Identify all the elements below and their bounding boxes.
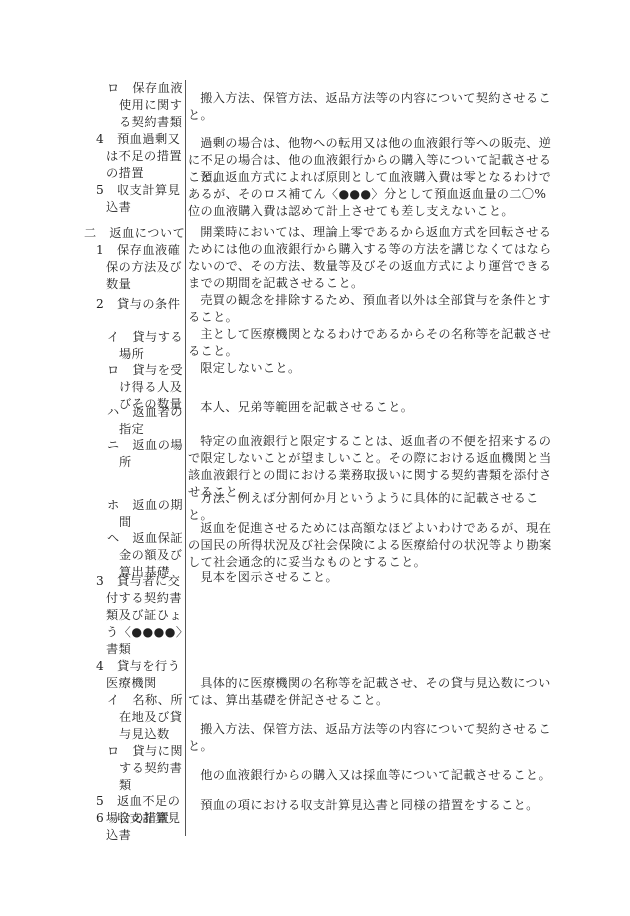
left-item-4-kajo: 4 預血過剰又 は不足の措置 の措置 — [96, 131, 182, 182]
desc-hannyu: 搬入方法、保管方法、返品方法等の内容について契約させること。 — [188, 721, 554, 755]
left-heading-henketsu: 二 返血について — [84, 225, 185, 242]
left-item-4-iryokikan: 4 貸与を行う 医療機関 — [96, 658, 180, 692]
left-item-i-basho: イ 貸与する 場所 — [107, 329, 183, 363]
desc-baibai: 売買の観念を排除するため、預血者以外は全部貸与を条件とすること。 — [188, 292, 554, 326]
left-item-1-hozon: 1 保存血液確 保の方法及び 数量 — [96, 242, 182, 293]
desc-loss-hoten: 預血返血方式によれば原則として血液購入費は零となるわけであるが、そのロス補てん〈… — [188, 169, 554, 220]
desc-hozon-keiyaku: 搬入方法、保管方法、返品方法等の内容について契約させること。 — [188, 90, 554, 124]
left-item-ha-shitei: ハ 返血者の 指定 — [107, 404, 183, 438]
left-item-i-meisho: イ 名称、所 在地及び貸 与見込数 — [107, 692, 183, 743]
desc-kaigyo: 開業時においては、理論上零であるから返血方式を回転させるためには他の血液銀行から… — [188, 224, 554, 292]
desc-honnin: 本人、兄弟等範囲を記載させること。 — [188, 399, 554, 416]
desc-iryokikan: 主として医療機関となるわけであるからその名称等を記載させること。 — [188, 326, 554, 360]
desc-gentei-shinai: 限定しないこと。 — [188, 360, 554, 377]
left-item-ni-basho: ニ 返血の場 所 — [107, 437, 183, 471]
left-item-ro-keiyaku: ロ 貸与に関 する契約書 類 — [107, 743, 183, 794]
left-item-5-shushi: 5 収支計算見 込書 — [96, 182, 180, 216]
left-item-2-joken: 2 貸与の条件 — [96, 296, 180, 313]
document-page: ロ 保存血液 使用に関す る契約書類 4 預血過剰又 は不足の措置 の措置 5 … — [0, 0, 630, 916]
desc-shushi-dou: 預血の項における収支計算見込書と同様の措置をすること。 — [188, 797, 554, 814]
desc-gutaiteki: 具体的に医療機関の名称等を記載させ、その貸与見込数については、算出基礎を併記させ… — [188, 675, 554, 709]
left-item-hozon-keiyaku: ロ 保存血液 使用に関す る契約書類 — [107, 80, 183, 131]
column-divider — [185, 80, 186, 836]
desc-kogaku: 返血を促進させるためには高額なほどよいわけであるが、現在の国民の所得状況及び社会… — [188, 520, 554, 571]
left-item-ho-kikan: ホ 返血の期 間 — [107, 497, 183, 531]
left-item-3-keiyakusho: 3 貸与者に交 付する契約書 類及び証ひょ う〈●●●●〉 書類 — [96, 573, 189, 658]
desc-mihon: 見本を図示させること。 — [188, 569, 554, 586]
desc-bunkatsu: 方法、例えば分割何か月というように具体的に記載させること。 — [188, 490, 554, 524]
left-item-6-shushi: 6 収支計算見 込書 — [96, 810, 180, 844]
desc-konyu: 他の血液銀行からの購入又は採血等について記載させること。 — [188, 767, 554, 784]
